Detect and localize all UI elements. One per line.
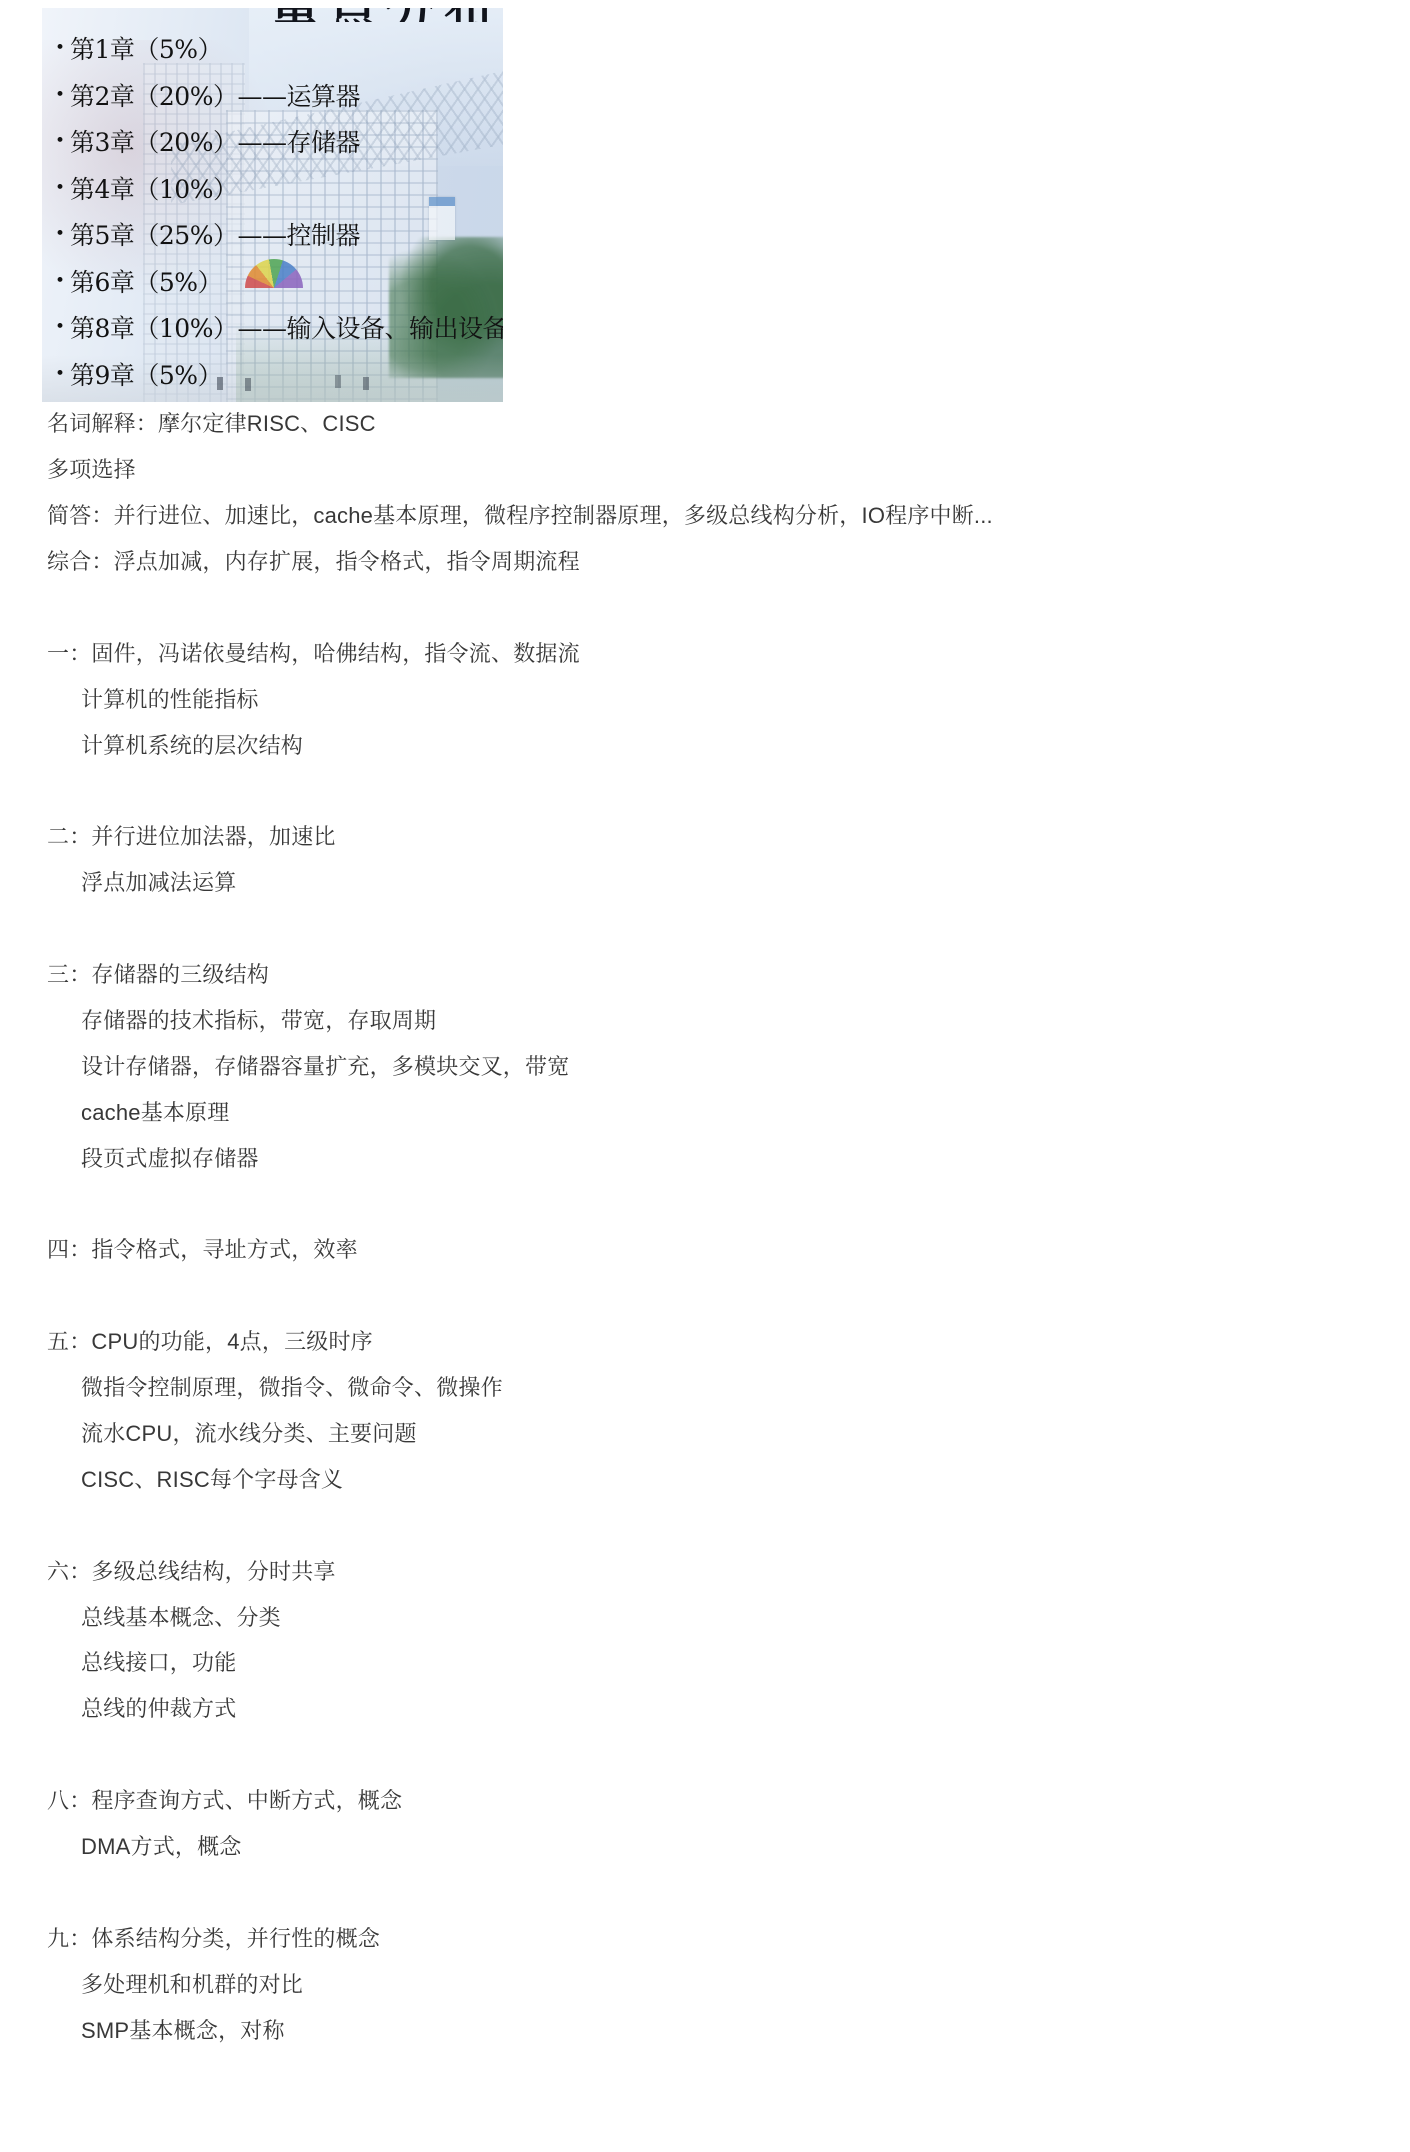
document-page: 重点分布 •第1章（5%）•第2章（20%）——运算器•第3章（20%）——存储… (0, 0, 1410, 2152)
note-line: 多项选择 (47, 446, 1377, 492)
slide-photo-truss (171, 71, 503, 205)
bullet-icon: • (55, 317, 70, 337)
slide-bullet-text: 第4章（10%） (70, 170, 237, 206)
note-blank-line (47, 1501, 1377, 1547)
section-lead-line: 五：CPU的功能，4点，三级时序 (47, 1318, 1377, 1364)
slide-bullet-text: 第8章（10%）——输入设备、输出设备 (70, 309, 503, 345)
bullet-icon: • (55, 364, 70, 384)
slide-bullet: •第6章（5%） (55, 258, 503, 305)
section-lead-line: 四：指令格式，寻址方式，效率 (47, 1226, 1377, 1272)
bullet-icon: • (55, 38, 70, 58)
section-sub-line: 微指令控制原理，微指令、微命令、微操作 (47, 1364, 1377, 1410)
slide-bullet: •第2章（20%）——运算器 (55, 72, 503, 119)
slide-bullet-text: 第5章（25%）——控制器 (70, 216, 360, 252)
slide-bullet-list: •第1章（5%）•第2章（20%）——运算器•第3章（20%）——存储器•第4章… (55, 25, 503, 397)
slide-photo-walkway (42, 355, 503, 402)
slide-photo-structure (42, 40, 296, 316)
section-lead-line: 六：多级总线结构，分时共享 (47, 1547, 1377, 1593)
section-sub-line: CISC、RISC每个字母含义 (47, 1455, 1377, 1501)
section-lead-line: 三：存储器的三级结构 (47, 951, 1377, 997)
slide-bullet: •第5章（25%）——控制器 (55, 211, 503, 258)
slide-photo-people (217, 377, 223, 390)
section-sub-line: 段页式虚拟存储器 (47, 1134, 1377, 1180)
section-sub-line: cache基本原理 (47, 1088, 1377, 1134)
bullet-icon: • (55, 224, 70, 244)
notes-block: 名词解释：摩尔定律RISC、CISC多项选择简答：并行进位、加速比，cache基… (47, 400, 1377, 2052)
note-line: 名词解释：摩尔定律RISC、CISC (47, 400, 1377, 446)
slide-photo-building (143, 63, 244, 402)
slide-photo-building (226, 110, 438, 402)
section-sub-line: 流水CPU，流水线分类、主要问题 (47, 1410, 1377, 1456)
section-sub-line: DMA方式，概念 (47, 1823, 1377, 1869)
section-sub-line: 多处理机和机群的对比 (47, 1960, 1377, 2006)
slide-bullet-text: 第1章（5%） (70, 30, 222, 66)
slide-bullet: •第4章（10%） (55, 165, 503, 212)
section-lead-line: 一：固件，冯诺依曼结构，哈佛结构，指令流、数据流 (47, 629, 1377, 675)
section-sub-line: SMP基本概念，对称 (47, 2006, 1377, 2052)
embedded-slide-image: 重点分布 •第1章（5%）•第2章（20%）——运算器•第3章（20%）——存储… (42, 8, 503, 402)
bullet-icon: • (55, 85, 70, 105)
note-line: 综合：浮点加减，内存扩展，指令格式，指令周期流程 (47, 538, 1377, 584)
slide-photo-signboard (429, 197, 455, 240)
slide-photo-sky (249, 8, 503, 166)
section-sub-line: 计算机的性能指标 (47, 675, 1377, 721)
slide-bullet-text: 第9章（5%） (70, 356, 222, 392)
section-lead-line: 二：并行进位加法器，加速比 (47, 813, 1377, 859)
bullet-icon: • (55, 131, 70, 151)
note-blank-line (47, 584, 1377, 630)
section-sub-line: 总线基本概念、分类 (47, 1593, 1377, 1639)
section-sub-line: 浮点加减法运算 (47, 859, 1377, 905)
slide-photo-umbrella (245, 259, 303, 288)
slide-photo-trees (389, 237, 503, 379)
section-sub-line: 总线接口，功能 (47, 1639, 1377, 1685)
section-lead-line: 八：程序查询方式、中断方式，概念 (47, 1777, 1377, 1823)
note-blank-line (47, 1180, 1377, 1226)
slide-bullet-text: 第3章（20%）——存储器 (70, 123, 360, 159)
note-line: 简答：并行进位、加速比，cache基本原理，微程序控制器原理，多级总线构分析，I… (47, 492, 1377, 538)
section-sub-line: 设计存储器，存储器容量扩充，多模块交叉，带宽 (47, 1042, 1377, 1088)
note-blank-line (47, 905, 1377, 951)
slide-bullet: •第8章（10%）——输入设备、输出设备 (55, 304, 503, 351)
slide-photo-greenery (236, 323, 503, 402)
note-blank-line (47, 767, 1377, 813)
slide-bullet-text: 第2章（20%）——运算器 (70, 77, 360, 113)
section-sub-line: 计算机系统的层次结构 (47, 721, 1377, 767)
slide-bullet: •第9章（5%） (55, 351, 503, 398)
slide-bullet: •第1章（5%） (55, 25, 503, 72)
note-blank-line (47, 1731, 1377, 1777)
bullet-icon: • (55, 271, 70, 291)
section-lead-line: 九：体系结构分类，并行性的概念 (47, 1914, 1377, 1960)
note-blank-line (47, 1272, 1377, 1318)
section-sub-line: 总线的仲裁方式 (47, 1685, 1377, 1731)
slide-bullet-text: 第6章（5%） (70, 263, 222, 299)
slide-bullet: •第3章（20%）——存储器 (55, 118, 503, 165)
cropped-slide-title-text: 重点分布 (270, 8, 503, 22)
bullet-icon: • (55, 178, 70, 198)
section-sub-line: 存储器的技术指标，带宽，存取周期 (47, 997, 1377, 1043)
cropped-slide-title: 重点分布 (270, 8, 503, 22)
note-blank-line (47, 1869, 1377, 1915)
